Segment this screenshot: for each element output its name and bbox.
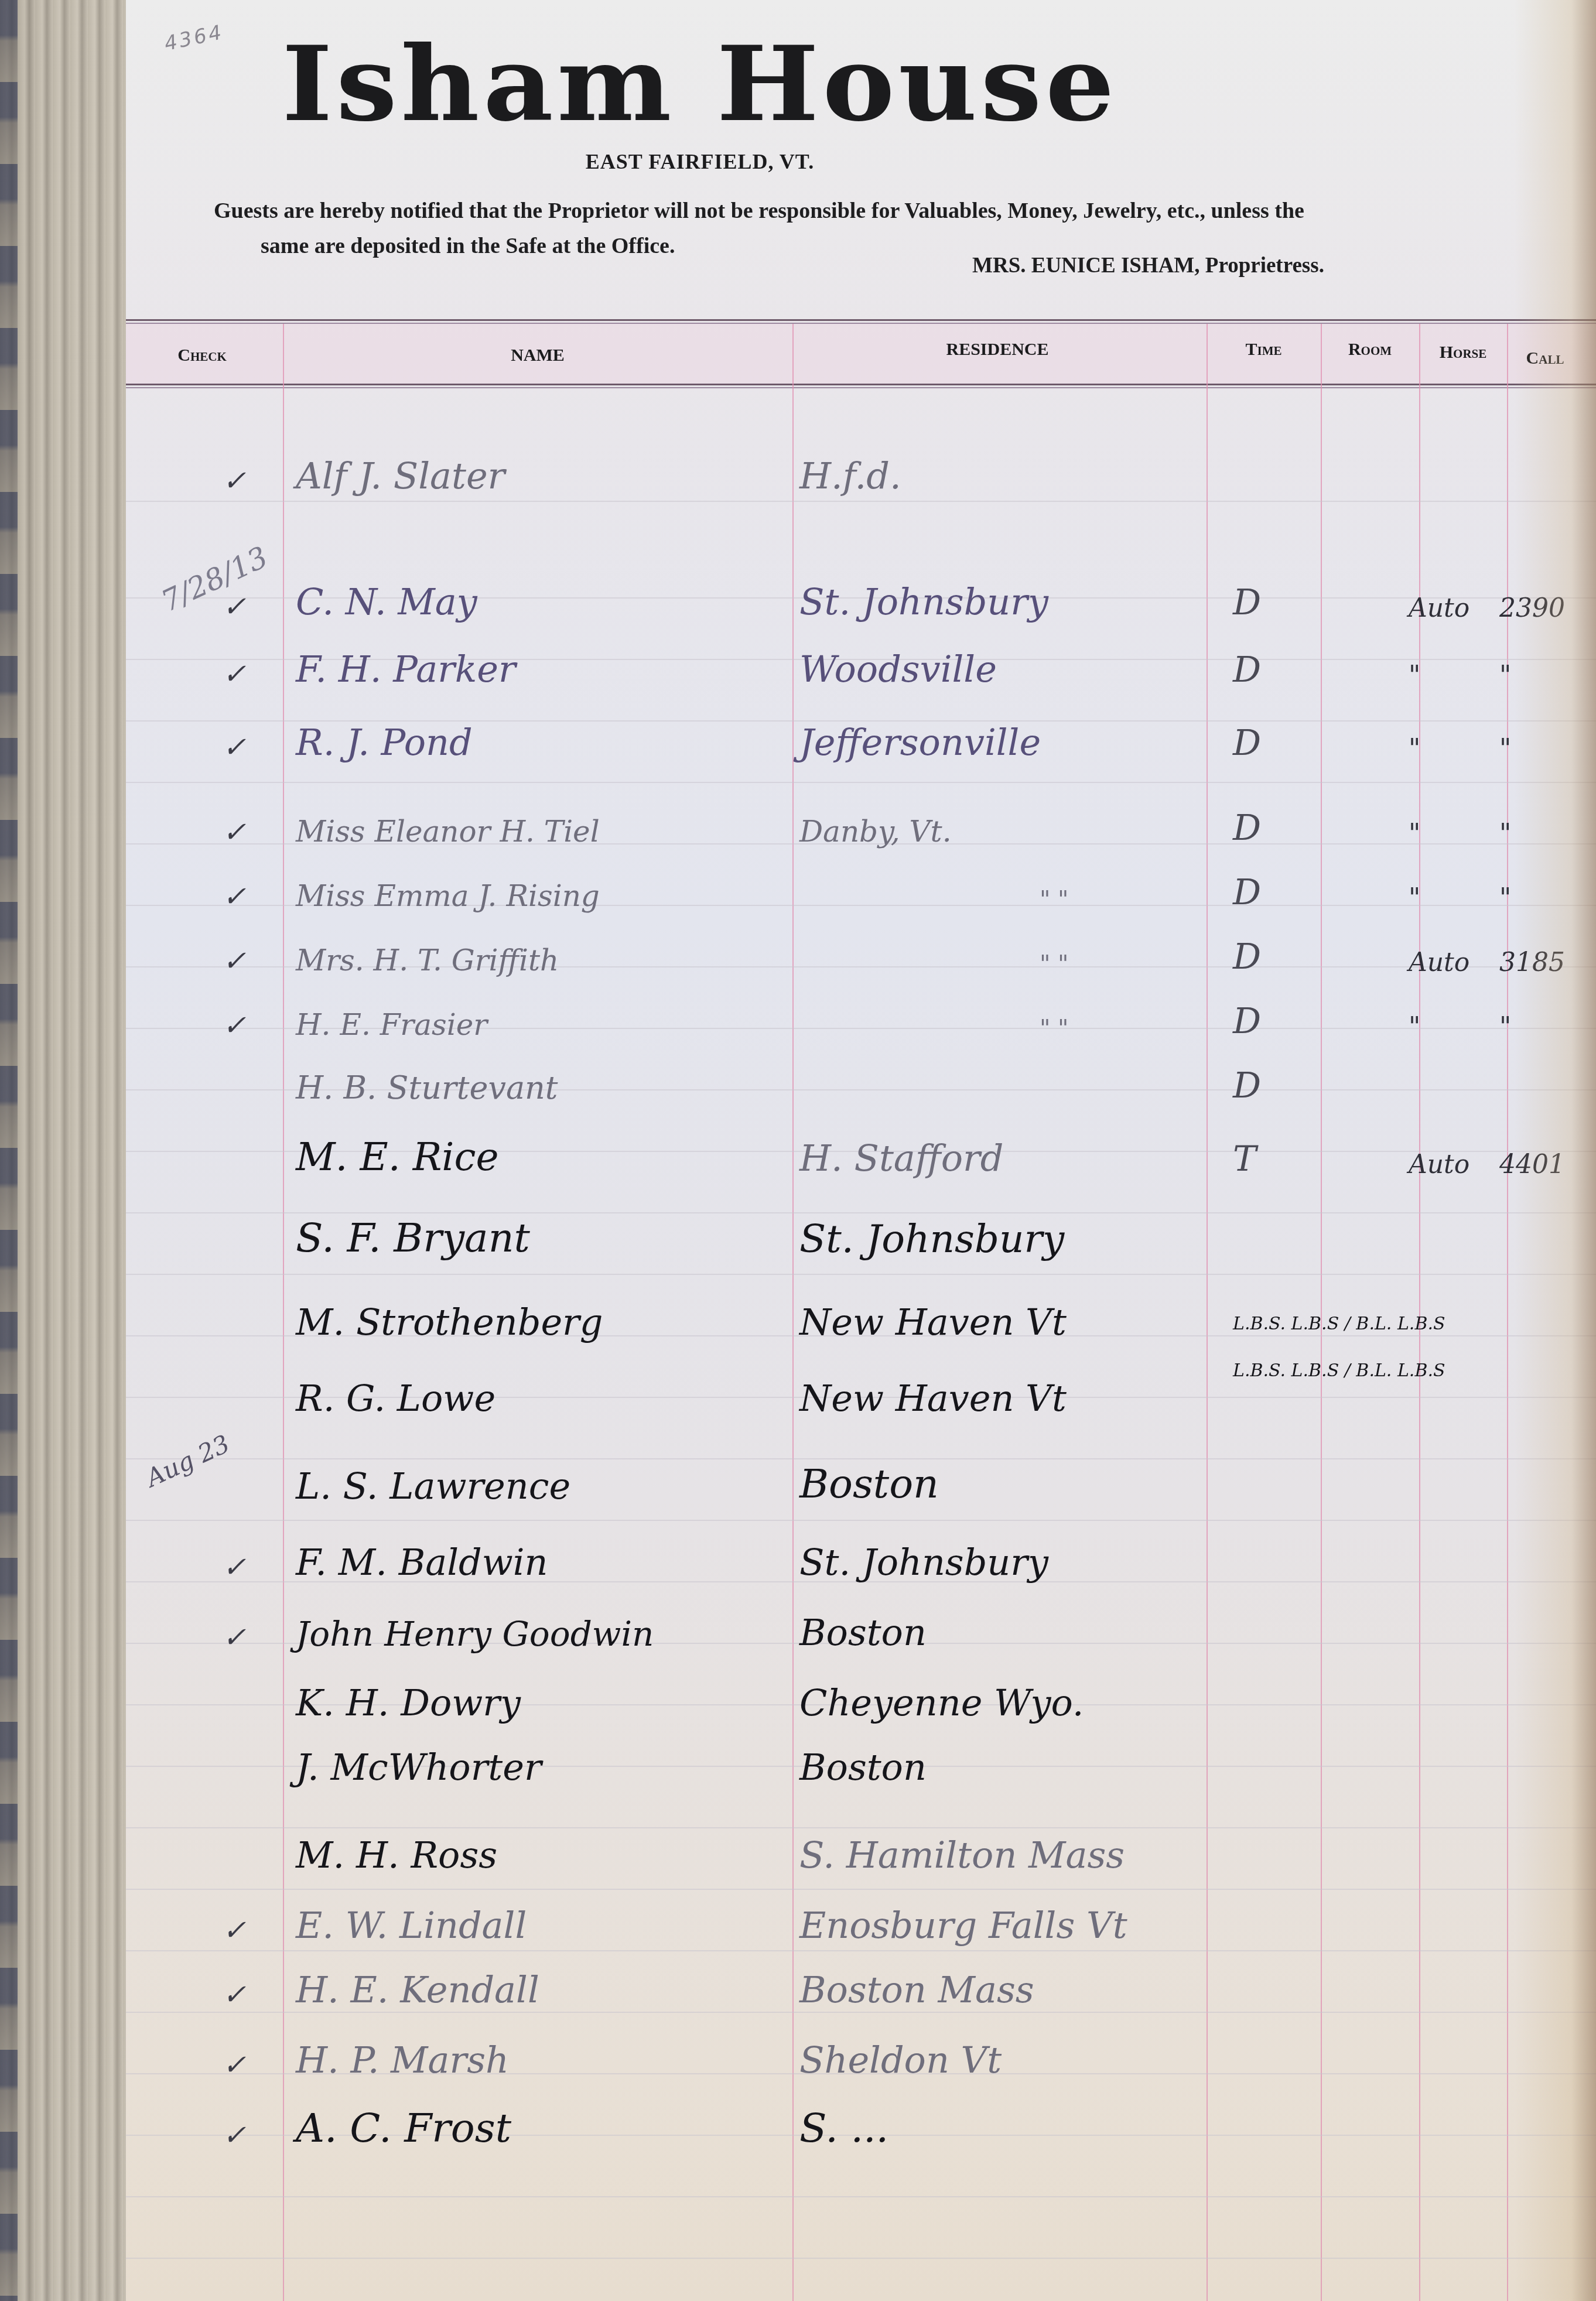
guest-horse: " bbox=[1409, 819, 1420, 849]
guest-name: M. H. Ross bbox=[296, 1834, 497, 1876]
guest-name: H. E. Kendall bbox=[296, 1968, 539, 2011]
register-entry: J. McWhorter Boston bbox=[126, 1722, 1596, 1798]
check-mark: ✓ bbox=[223, 2119, 246, 2152]
check-mark: ✓ bbox=[223, 1009, 246, 1042]
guest-call: 2390 bbox=[1499, 593, 1565, 623]
guest-residence: H. Stafford bbox=[799, 1137, 1003, 1179]
guest-horse: " bbox=[1409, 883, 1420, 913]
guest-residence: S. ... bbox=[799, 2105, 888, 2152]
guest-name: H. E. Frasier bbox=[296, 1008, 487, 1042]
check-mark: ✓ bbox=[223, 590, 246, 623]
guest-horse: " bbox=[1409, 1012, 1420, 1042]
guest-time: D bbox=[1233, 808, 1261, 849]
check-mark: ✓ bbox=[223, 1551, 246, 1584]
guest-name: Miss Emma J. Rising bbox=[296, 879, 600, 913]
register-entry: ✓ F. M. Baldwin St. Johnsbury bbox=[126, 1517, 1596, 1593]
check-mark: ✓ bbox=[223, 731, 246, 764]
column-header-room: Room bbox=[1321, 340, 1419, 360]
guest-name: S. F. Bryant bbox=[296, 1215, 530, 1261]
guest-residence: Boston Mass bbox=[799, 1968, 1034, 2011]
column-header-call: Call bbox=[1507, 348, 1583, 368]
guest-call: 4401 bbox=[1499, 1150, 1565, 1179]
column-header-residence: RESIDENCE bbox=[792, 340, 1202, 360]
guest-residence: " " bbox=[1040, 886, 1069, 913]
register-entry: ✓ A. C. Frost S. ... bbox=[126, 2085, 1596, 2161]
guest-name: K. H. Dowry bbox=[296, 1681, 521, 1724]
guest-name: F. M. Baldwin bbox=[296, 1541, 548, 1584]
guest-residence: Enosburg Falls Vt bbox=[799, 1904, 1127, 1947]
guest-name: H. P. Marsh bbox=[296, 2039, 509, 2081]
guest-call: 3185 bbox=[1499, 948, 1565, 977]
ruled-line bbox=[126, 1274, 1596, 1275]
check-mark: ✓ bbox=[223, 1914, 246, 1947]
guest-residence: Cheyenne Wyo. bbox=[799, 1681, 1084, 1724]
guest-residence: " " bbox=[1040, 1015, 1069, 1042]
guest-residence: Woodsville bbox=[799, 648, 997, 690]
guest-name: F. H. Parker bbox=[296, 648, 516, 690]
guest-horse: Auto bbox=[1409, 1150, 1469, 1179]
valuables-notice: Guests are hereby notified that the Prop… bbox=[214, 193, 1537, 264]
guest-residence: " " bbox=[1040, 951, 1069, 977]
register-page: 4364 Isham House EAST FAIRFIELD, VT. Gue… bbox=[126, 0, 1596, 2301]
column-header-name: NAME bbox=[283, 346, 792, 365]
register-entry: L. S. Lawrence Boston bbox=[126, 1441, 1596, 1517]
guest-residence: H.f.d. bbox=[799, 454, 901, 497]
guest-residence: St. Johnsbury bbox=[799, 580, 1048, 623]
guest-name: C. N. May bbox=[296, 580, 477, 623]
guest-residence: Sheldon Vt bbox=[799, 2039, 1002, 2081]
hotel-title: Isham House bbox=[97, 23, 1303, 145]
check-mark: ✓ bbox=[223, 2049, 246, 2081]
check-mark: ✓ bbox=[223, 1978, 246, 2011]
check-mark: ✓ bbox=[223, 945, 246, 977]
guest-time-codes: L.B.S. L.B.S / B.L. L.B.S bbox=[1233, 1315, 1445, 1334]
guest-name: Mrs. H. T. Griffith bbox=[296, 943, 559, 977]
register-entry: H. B. Sturtevant D bbox=[126, 1040, 1596, 1116]
check-mark: ✓ bbox=[223, 1621, 246, 1654]
guest-name: Alf J. Slater bbox=[296, 454, 505, 497]
guest-name: R. J. Pond bbox=[296, 721, 473, 764]
guest-horse: Auto bbox=[1409, 593, 1469, 623]
register-entry: S. F. Bryant St. Johnsbury bbox=[126, 1195, 1596, 1271]
check-mark: ✓ bbox=[223, 816, 246, 849]
header-rule-bottom bbox=[126, 384, 1596, 388]
register-entry: ✓ John Henry Goodwin Boston bbox=[126, 1587, 1596, 1663]
guest-time: D bbox=[1233, 1065, 1261, 1106]
guest-time: D bbox=[1233, 872, 1261, 913]
ruled-line bbox=[126, 2258, 1596, 2259]
guest-name: J. McWhorter bbox=[296, 1746, 542, 1789]
column-header-check: Check bbox=[143, 346, 261, 365]
guest-name: Miss Eleanor H. Tiel bbox=[296, 815, 600, 849]
guest-call: " bbox=[1499, 1012, 1511, 1042]
guest-time: D bbox=[1233, 723, 1261, 764]
guest-name: A. C. Frost bbox=[296, 2105, 511, 2152]
guest-residence: Danby, Vt. bbox=[799, 815, 952, 849]
guest-horse: " bbox=[1409, 734, 1420, 764]
guest-horse: Auto bbox=[1409, 948, 1469, 977]
register-entry: ✓ H. P. Marsh Sheldon Vt bbox=[126, 2015, 1596, 2091]
guest-residence: Boston bbox=[799, 1461, 939, 1507]
guest-call: " bbox=[1499, 734, 1511, 764]
register-book: 4364 Isham House EAST FAIRFIELD, VT. Gue… bbox=[0, 0, 1596, 2301]
register-entry: M. E. Rice H. Stafford T Auto 4401 bbox=[126, 1113, 1596, 1189]
guest-residence: St. Johnsbury bbox=[799, 1216, 1064, 1261]
guest-name: M. Strothenberg bbox=[296, 1301, 603, 1343]
proprietor-line: MRS. EUNICE ISHAM, Proprietress. bbox=[972, 253, 1324, 278]
register-entry: M. H. Ross S. Hamilton Mass bbox=[126, 1810, 1596, 1886]
guest-call: " bbox=[1499, 661, 1511, 690]
guest-call: " bbox=[1499, 819, 1511, 849]
notice-line-1: Guests are hereby notified that the Prop… bbox=[214, 199, 1304, 223]
notice-line-2: same are deposited in the Safe at the Of… bbox=[214, 228, 1537, 264]
guest-time: D bbox=[1233, 649, 1261, 690]
column-header-horse: Horse bbox=[1419, 343, 1507, 363]
guest-call: " bbox=[1499, 883, 1511, 913]
register-entry: ✓ C. N. May St. Johnsbury D Auto 2390 bbox=[126, 556, 1596, 632]
guest-residence: Boston bbox=[799, 1746, 927, 1789]
guest-name: H. B. Sturtevant bbox=[296, 1069, 558, 1106]
guest-time: D bbox=[1233, 582, 1261, 623]
check-mark: ✓ bbox=[223, 880, 246, 913]
guest-horse: " bbox=[1409, 661, 1420, 690]
ruled-line bbox=[126, 2196, 1596, 2197]
guest-time: D bbox=[1233, 1001, 1261, 1042]
guest-time-codes: L.B.S. L.B.S / B.L. L.B.S bbox=[1233, 1362, 1445, 1380]
guest-time: T bbox=[1233, 1138, 1256, 1179]
guest-name: L. S. Lawrence bbox=[296, 1465, 570, 1507]
guest-name: John Henry Goodwin bbox=[296, 1614, 654, 1654]
hotel-location: EAST FAIRFIELD, VT. bbox=[126, 149, 1274, 174]
guest-residence: St. Johnsbury bbox=[799, 1541, 1048, 1584]
page-stack-edges bbox=[0, 0, 135, 2301]
check-mark: ✓ bbox=[223, 464, 246, 497]
guest-name: R. G. Lowe bbox=[296, 1377, 495, 1420]
check-mark: ✓ bbox=[223, 658, 246, 690]
guest-residence: New Haven Vt bbox=[799, 1301, 1067, 1343]
register-entry: ✓ Alf J. Slater H.f.d. bbox=[126, 430, 1596, 507]
header-rule-top bbox=[126, 319, 1596, 324]
guest-name: M. E. Rice bbox=[296, 1134, 499, 1179]
register-entry: ✓ F. H. Parker Woodsville D " " bbox=[126, 624, 1596, 700]
guest-residence: New Haven Vt bbox=[799, 1377, 1067, 1420]
register-entry: ✓ H. E. Kendall Boston Mass bbox=[126, 1944, 1596, 2020]
guest-name: E. W. Lindall bbox=[296, 1904, 527, 1947]
guest-time: D bbox=[1233, 936, 1261, 977]
register-entry: ✓ R. J. Pond Jeffersonville D " " bbox=[126, 697, 1596, 773]
guest-residence: S. Hamilton Mass bbox=[799, 1834, 1125, 1876]
guest-residence: Boston bbox=[799, 1611, 927, 1654]
column-header-time: Time bbox=[1207, 340, 1321, 360]
guest-residence: Jeffersonville bbox=[799, 721, 1041, 764]
